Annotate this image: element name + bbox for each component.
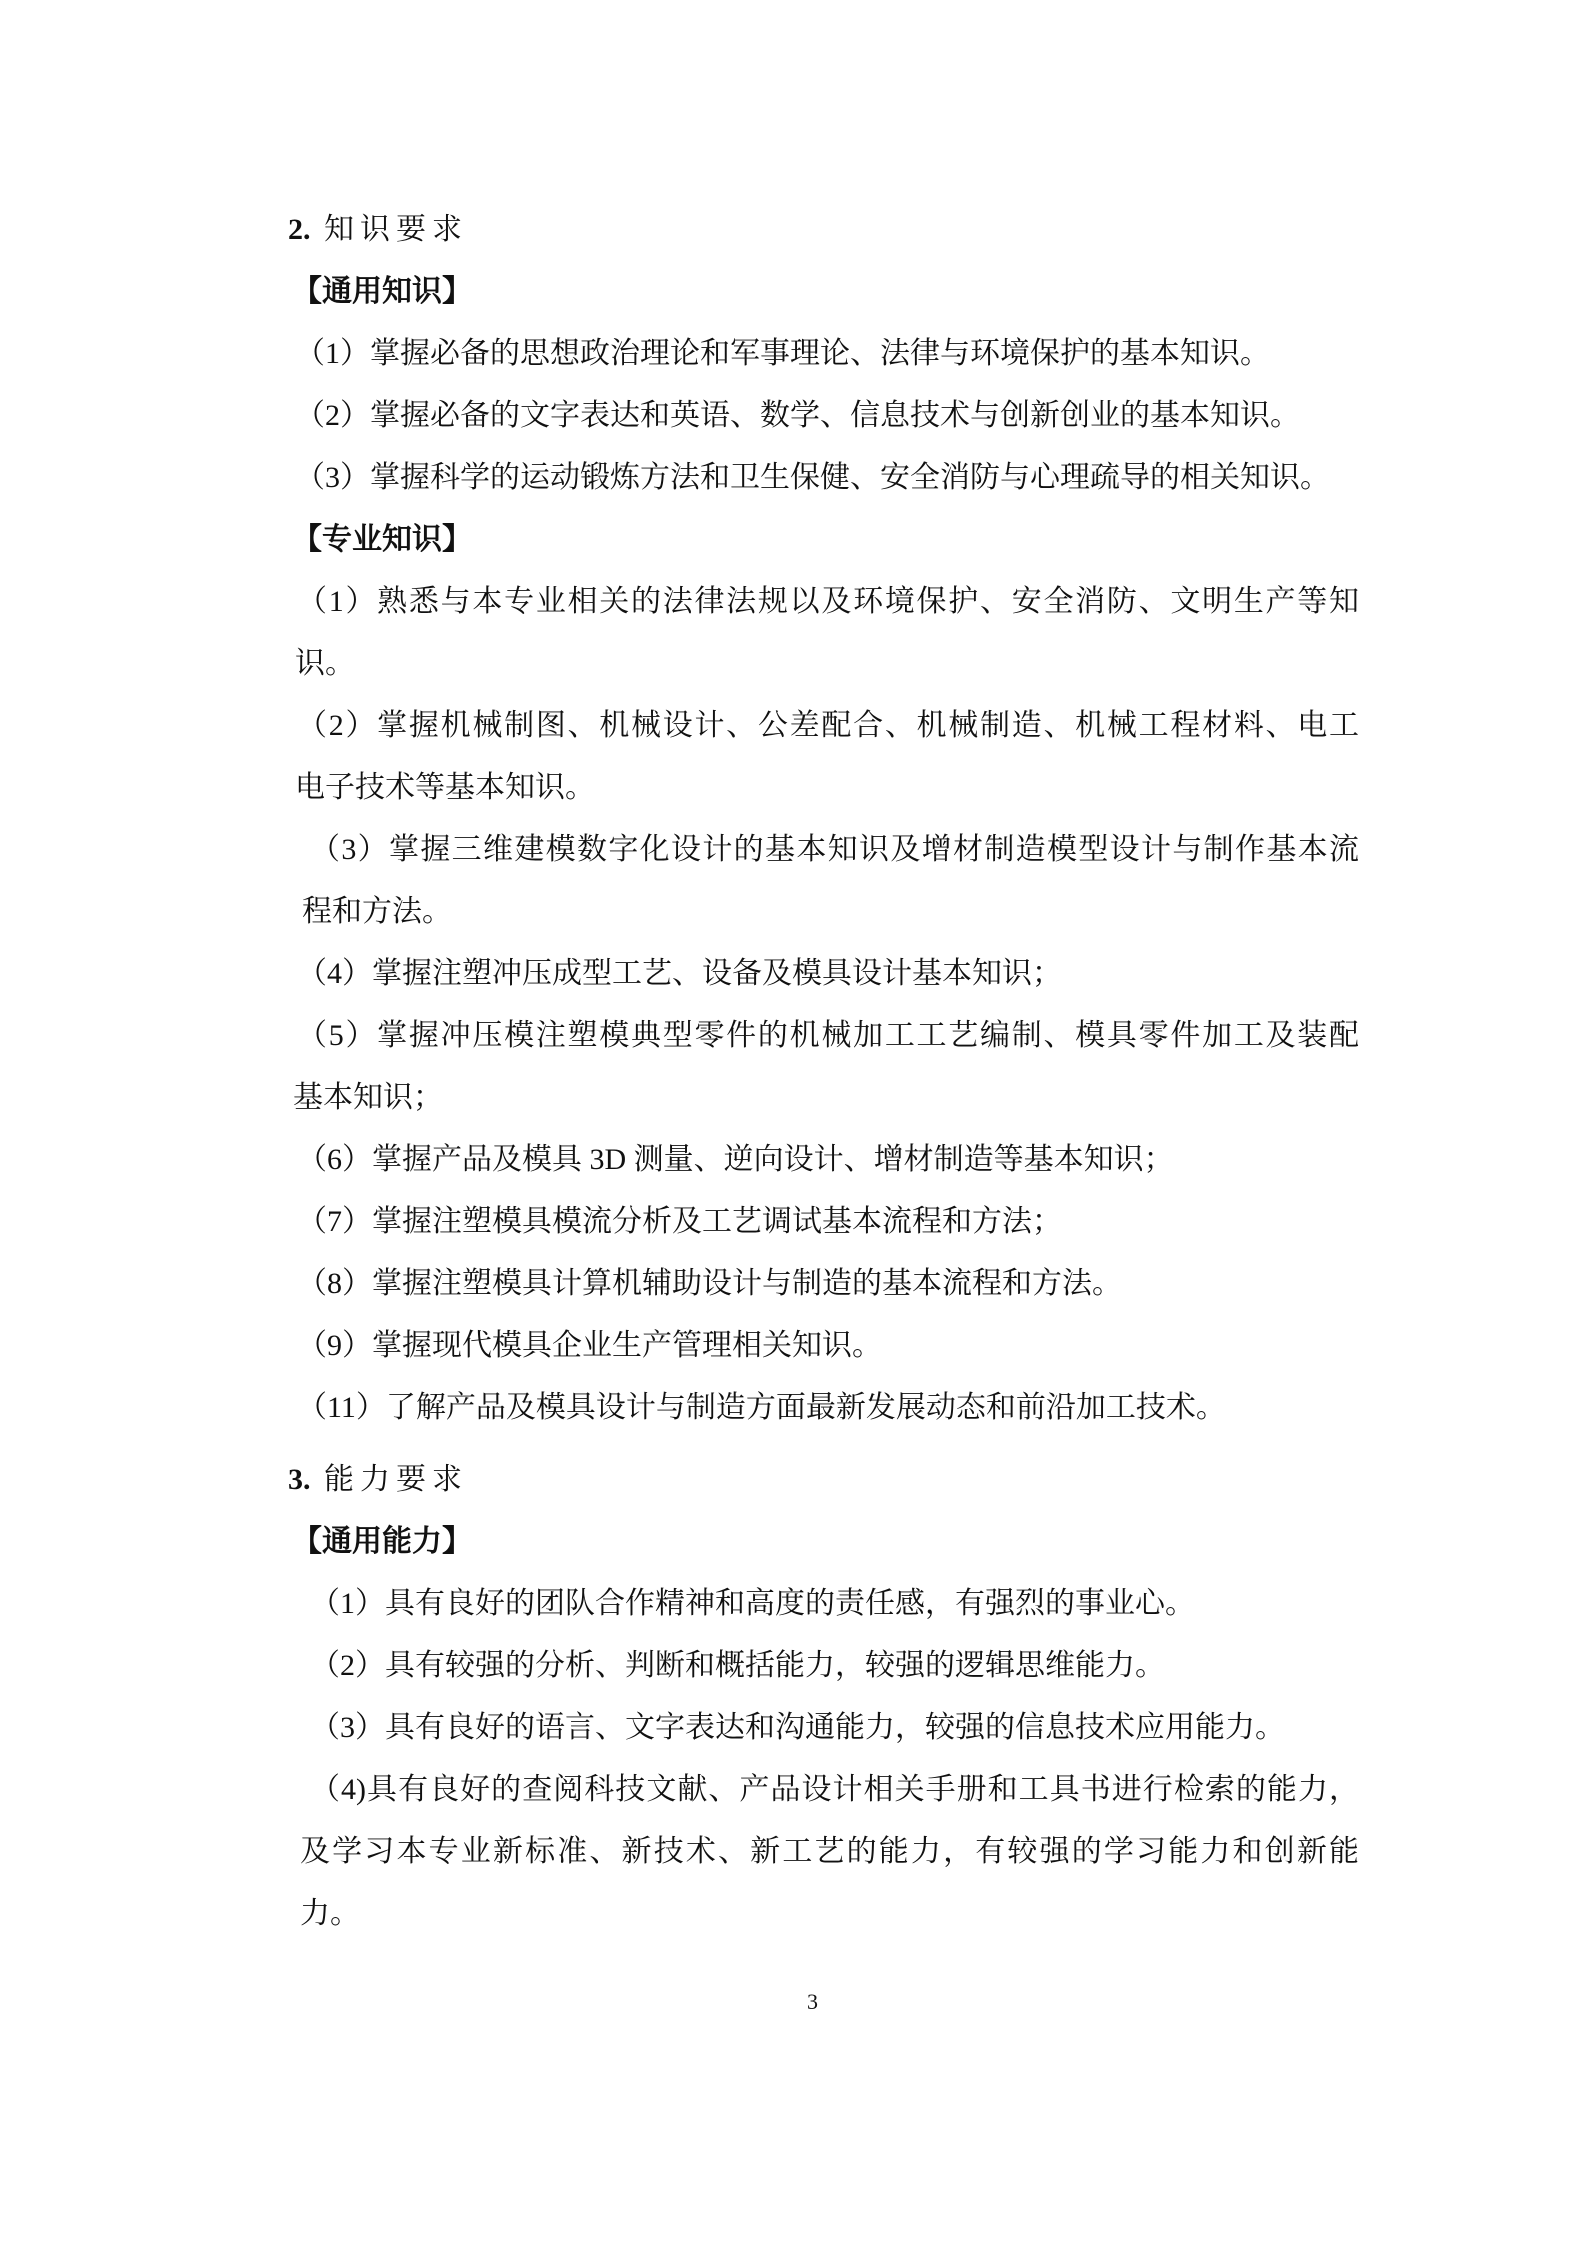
list-item-continuation: 及学习本专业新标准、新技术、新工艺的能力，有较强的学习能力和创新能 <box>300 1832 1359 1872</box>
section-heading-ability: 3. 能力要求 <box>288 1460 468 1500</box>
list-item: （3）掌握科学的运动锻炼方法和卫生保健、安全消防与心理疏导的相关知识。 <box>295 458 1330 498</box>
list-item-continuation: 力。 <box>300 1894 360 1934</box>
list-item-continuation: 基本知识； <box>293 1078 443 1118</box>
list-item: （11）了解产品及模具设计与制造方面最新发展动态和前沿加工技术。 <box>297 1388 1226 1428</box>
list-item-continuation: 电子技术等基本知识。 <box>295 768 595 808</box>
section-number: 3. <box>288 1463 311 1496</box>
list-item: （4）掌握注塑冲压成型工艺、设备及模具设计基本知识； <box>297 954 1062 994</box>
list-item: （2）具有较强的分析、判断和概括能力，较强的逻辑思维能力。 <box>310 1646 1165 1686</box>
list-item: （4)具有良好的查阅科技文献、产品设计相关手册和工具书进行检索的能力， <box>310 1770 1359 1810</box>
section-title: 能力要求 <box>324 1463 468 1496</box>
list-item: （2）掌握机械制图、机械设计、公差配合、机械制造、机械工程材料、电工 <box>297 706 1359 746</box>
list-item: （1）具有良好的团队合作精神和高度的责任感，有强烈的事业心。 <box>310 1584 1195 1624</box>
list-item: （6）掌握产品及模具 3D 测量、逆向设计、增材制造等基本知识； <box>297 1140 1174 1180</box>
subheading-general-knowledge: 【通用知识】 <box>292 272 472 312</box>
list-item: （1）掌握必备的思想政治理论和军事理论、法律与环境保护的基本知识。 <box>295 334 1270 374</box>
section-number: 2. <box>288 213 311 246</box>
list-item: （5）掌握冲压模注塑模典型零件的机械加工工艺编制、模具零件加工及装配 <box>297 1016 1359 1056</box>
list-item: （3）掌握三维建模数字化设计的基本知识及增材制造模型设计与制作基本流 <box>310 830 1359 870</box>
subheading-professional-knowledge: 【专业知识】 <box>292 520 472 560</box>
list-item: （8）掌握注塑模具计算机辅助设计与制造的基本流程和方法。 <box>297 1264 1122 1304</box>
list-item: （2）掌握必备的文字表达和英语、数学、信息技术与创新创业的基本知识。 <box>295 396 1300 436</box>
section-heading-knowledge: 2. 知识要求 <box>288 210 468 250</box>
list-item: （7）掌握注塑模具模流分析及工艺调试基本流程和方法； <box>297 1202 1062 1242</box>
list-item: （1）熟悉与本专业相关的法律法规以及环境保护、安全消防、文明生产等知 <box>297 582 1359 622</box>
list-item: （3）具有良好的语言、文字表达和沟通能力，较强的信息技术应用能力。 <box>310 1708 1285 1748</box>
page-number: 3 <box>807 1987 818 2017</box>
subheading-general-ability: 【通用能力】 <box>292 1522 472 1562</box>
document-page: 2. 知识要求 【通用知识】 （1）掌握必备的思想政治理论和军事理论、法律与环境… <box>0 0 1587 2245</box>
list-item-continuation: 程和方法。 <box>302 892 452 932</box>
section-title: 知识要求 <box>324 213 468 246</box>
list-item-continuation: 识。 <box>295 644 355 684</box>
list-item: （9）掌握现代模具企业生产管理相关知识。 <box>297 1326 882 1366</box>
